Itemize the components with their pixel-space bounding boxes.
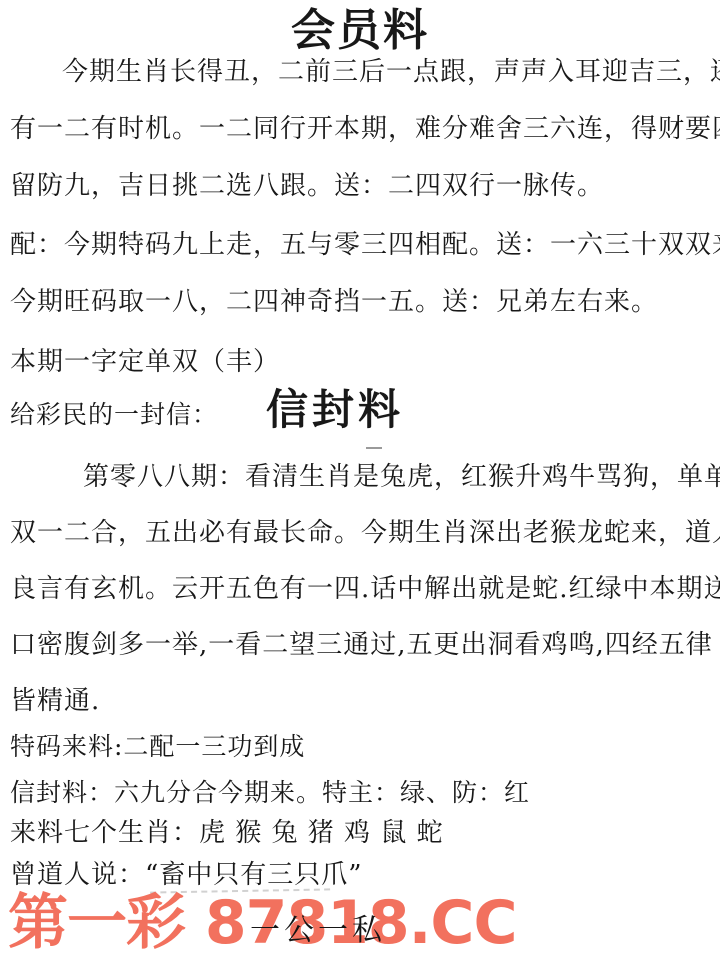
member-para1-line2: 有一二有时机。一二同行开本期，难分难舍三六连，得财要四 (10, 116, 720, 142)
document-page: 会员料 今期生肖长得丑，二前三后一点跟，声声入耳迎吉三，还 有一二有时机。一二同… (0, 0, 720, 965)
envelope-section-heading: 信封料 (266, 389, 404, 431)
page-title: 会员料 (0, 9, 720, 53)
member-para1-line3: 留防九，吉日挑二选八跟。送：二四双行一脉传。 (10, 173, 604, 199)
member-para2-line2: 今期旺码取一八，二四神奇挡一五。送：兄弟左右来。 (10, 289, 658, 315)
special-code-line: 特码来料:二配一三功到成 (10, 734, 305, 759)
envelope-para-line2: 双一二合，五出必有最长命。今期生肖深出老猴龙蛇来，道人 (10, 520, 720, 546)
heading-underline-mark (366, 447, 382, 449)
envelope-para-line1: 第零八八期：看清生肖是兔虎，红猴升鸡牛骂狗，单单双 (83, 464, 720, 490)
single-double-line: 本期一字定单双（丰） (10, 349, 280, 375)
member-para2-line1: 配：今期特码九上走，五与零三四相配。送：一六三十双双来。 (10, 232, 720, 258)
envelope-para-line4: 口密腹剑多一举,一看二望三通过,五更出洞看鸡鸣,四经五律 (10, 632, 713, 658)
member-para1-line1: 今期生肖长得丑，二前三后一点跟，声声入耳迎吉三，还 (62, 59, 720, 85)
envelope-tip-line: 信封料：六九分合今期来。特主：绿、防：红 (10, 780, 530, 805)
envelope-para-line5: 皆精通. (10, 688, 100, 714)
overlay-text: 一公一私 (250, 916, 386, 946)
letter-intro-line: 给彩民的一封信： (10, 402, 218, 427)
zodiac-list-line: 来料七个生肖：虎 猴 兔 猪 鸡 鼠 蛇 (10, 820, 444, 846)
envelope-para-line3: 良言有玄机。云开五色有一四.话中解出就是蛇.红绿中本期送; (10, 576, 720, 602)
